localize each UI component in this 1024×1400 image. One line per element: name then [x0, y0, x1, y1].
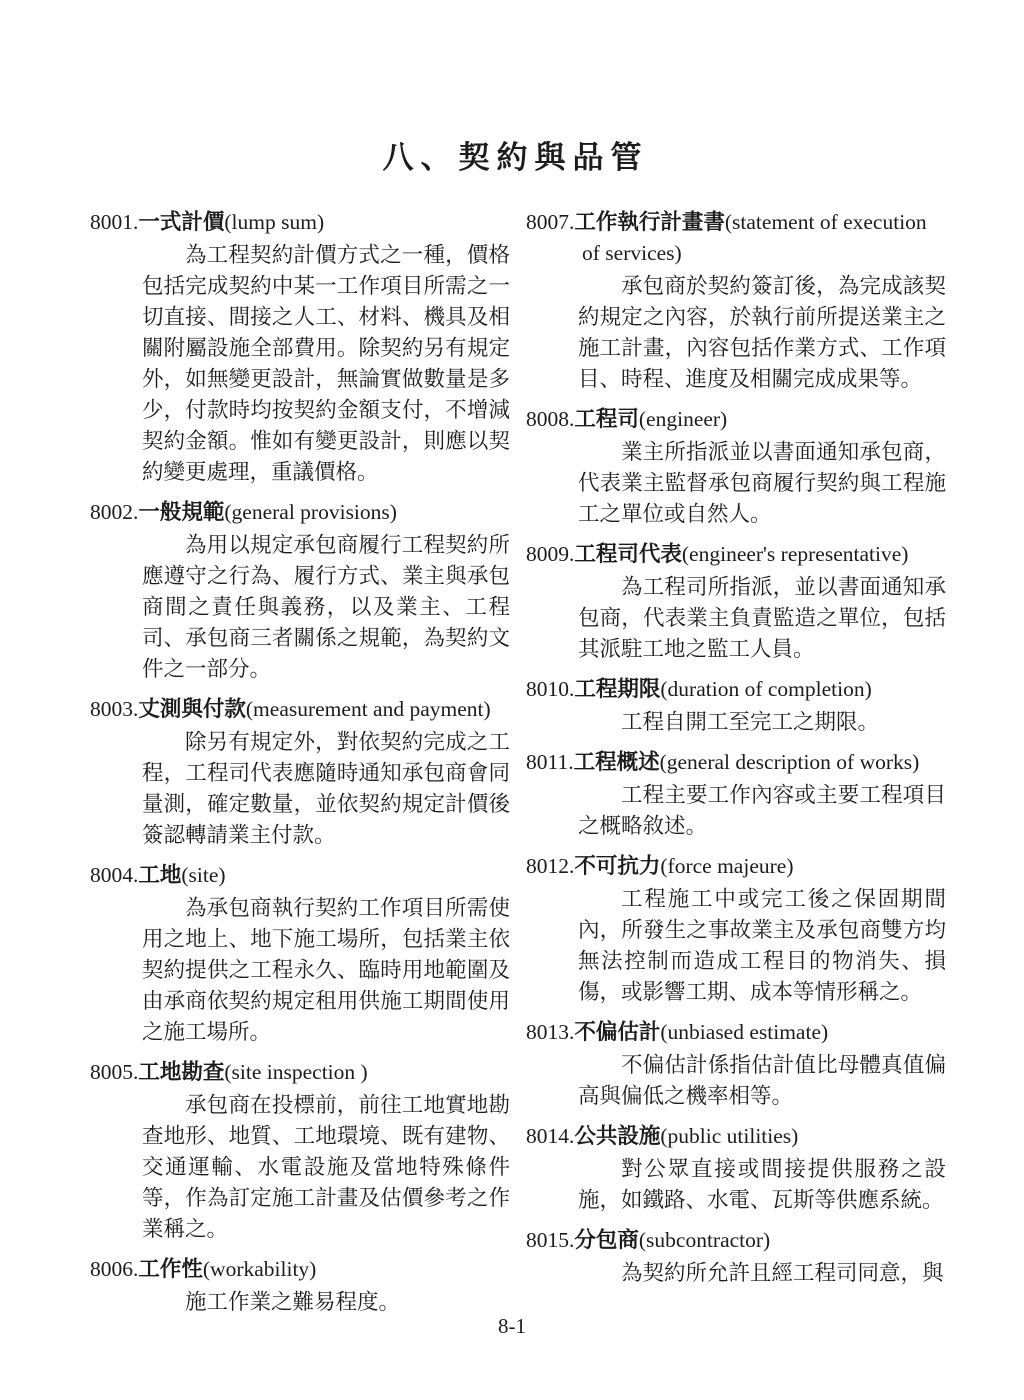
entry-number: 8010.	[526, 677, 574, 701]
entry-definition: 不偏估計係指估計值比母體真值偏高與偏低之機率相等。	[578, 1050, 946, 1112]
entry-heading: 8014.公共設施(public utilities)	[526, 1121, 946, 1152]
entry-heading: 8003.丈測與付款(measurement and payment)	[90, 694, 510, 725]
glossary-entry: 8010.工程期限(duration of completion) 工程自開工至…	[526, 674, 946, 738]
entry-heading: 8015.分包商(subcontractor)	[526, 1225, 946, 1256]
entry-english-term: (unbiased estimate)	[660, 1020, 828, 1044]
entry-english-term: (lump sum)	[224, 210, 324, 234]
entry-heading: 8010.工程期限(duration of completion)	[526, 674, 946, 705]
entry-number: 8003.	[90, 697, 138, 721]
entry-heading: 8013.不偏估計(unbiased estimate)	[526, 1017, 946, 1048]
entry-heading: 8006.工作性(workability)	[90, 1254, 510, 1285]
entry-definition: 為工程司所指派，並以書面通知承包商，代表業主負責監造之單位，包括其派駐工地之監工…	[578, 572, 946, 665]
entry-heading: 8008.工程司(engineer)	[526, 404, 946, 435]
entry-english-term: (public utilities)	[660, 1124, 798, 1148]
entry-english-term: (duration of completion)	[660, 677, 871, 701]
entry-term: 不偏估計	[574, 1020, 660, 1044]
entry-heading: 8001.一式計價(lump sum)	[90, 207, 510, 238]
entry-number: 8007.	[526, 210, 574, 234]
glossary-entry: 8004.工地(site) 為承包商執行契約工作項目所需使用之地上、地下施工場所…	[90, 860, 510, 1048]
entry-english-term: (measurement and payment)	[246, 697, 491, 721]
glossary-entry: 8003.丈測與付款(measurement and payment) 除另有規…	[90, 694, 510, 851]
entry-heading: 8004.工地(site)	[90, 860, 510, 891]
glossary-entry: 8009.工程司代表(engineer's representative) 為工…	[526, 539, 946, 665]
entry-term: 工地勘查	[138, 1060, 224, 1084]
two-column-layout: 8001.一式計價(lump sum) 為工程契約計價方式之一種，價格包括完成契…	[0, 177, 1024, 1327]
left-column: 8001.一式計價(lump sum) 為工程契約計價方式之一種，價格包括完成契…	[90, 207, 510, 1327]
entry-english-term: (engineer)	[639, 407, 727, 431]
entry-term: 一式計價	[138, 210, 224, 234]
entry-heading: 8002.一般規範(general provisions)	[90, 497, 510, 528]
entry-number: 8014.	[526, 1124, 574, 1148]
entry-term: 工程概述	[574, 750, 660, 774]
entry-term: 丈測與付款	[138, 697, 246, 721]
glossary-entry: 8008.工程司(engineer) 業主所指派並以書面通知承包商，代表業主監督…	[526, 404, 946, 530]
entry-number: 8013.	[526, 1020, 574, 1044]
glossary-entry: 8015.分包商(subcontractor) 為契約所允許且經工程司同意，與	[526, 1225, 946, 1289]
entry-english-term: (engineer's representative)	[682, 542, 909, 566]
glossary-entry: 8006.工作性(workability) 施工作業之難易程度。	[90, 1254, 510, 1318]
entry-number: 8011.	[526, 750, 574, 774]
entry-number: 8001.	[90, 210, 138, 234]
entry-english-term: (force majeure)	[660, 854, 793, 878]
entry-definition: 為工程契約計價方式之一種，價格包括完成契約中某一工作項目所需之一切直接、間接之人…	[142, 240, 510, 488]
entry-heading: 8011.工程概述(general description of works)	[526, 747, 946, 778]
entry-definition: 工程主要工作內容或主要工程項目之概略敘述。	[578, 780, 946, 842]
entry-definition: 為契約所允許且經工程司同意，與	[578, 1258, 946, 1289]
entry-definition: 除另有規定外，對依契約完成之工程，工程司代表應隨時通知承包商會同量測，確定數量，…	[142, 727, 510, 851]
page-number: 8-1	[0, 1314, 1024, 1339]
entry-number: 8006.	[90, 1257, 138, 1281]
entry-english-term: (site)	[181, 863, 225, 887]
entry-definition: 工程自開工至完工之期限。	[578, 707, 946, 738]
entry-heading: 8005.工地勘查(site inspection )	[90, 1057, 510, 1088]
entry-english-term: (subcontractor)	[639, 1228, 770, 1252]
entry-term: 工程期限	[574, 677, 660, 701]
entry-english-term: (general description of works)	[660, 750, 920, 774]
glossary-entry: 8001.一式計價(lump sum) 為工程契約計價方式之一種，價格包括完成契…	[90, 207, 510, 488]
entry-heading: 8012.不可抗力(force majeure)	[526, 851, 946, 882]
glossary-entry: 8011.工程概述(general description of works) …	[526, 747, 946, 842]
entry-english-term: (site inspection )	[224, 1060, 367, 1084]
glossary-entry: 8005.工地勘查(site inspection ) 承包商在投標前，前往工地…	[90, 1057, 510, 1245]
entry-number: 8009.	[526, 542, 574, 566]
entry-number: 8005.	[90, 1060, 138, 1084]
document-page: 八、契約與品管 8001.一式計價(lump sum) 為工程契約計價方式之一種…	[0, 0, 1024, 1400]
glossary-entry: 8013.不偏估計(unbiased estimate) 不偏估計係指估計值比母…	[526, 1017, 946, 1112]
entry-english-term: (general provisions)	[224, 500, 397, 524]
entry-heading: 8009.工程司代表(engineer's representative)	[526, 539, 946, 570]
entry-term: 工作執行計畫書	[574, 210, 725, 234]
entry-english-term: (workability)	[203, 1257, 316, 1281]
entry-heading: 8007.工作執行計畫書(statement of execution of s…	[526, 207, 946, 269]
right-column: 8007.工作執行計畫書(statement of execution of s…	[526, 207, 946, 1298]
entry-definition: 為用以規定承包商履行工程契約所應遵守之行為、履行方式、業主與承包商間之責任與義務…	[142, 530, 510, 685]
entry-definition: 業主所指派並以書面通知承包商，代表業主監督承包商履行契約與工程施工之單位或自然人…	[578, 437, 946, 530]
glossary-entry: 8014.公共設施(public utilities) 對公眾直接或間接提供服務…	[526, 1121, 946, 1216]
entry-number: 8004.	[90, 863, 138, 887]
entry-number: 8008.	[526, 407, 574, 431]
glossary-entry: 8007.工作執行計畫書(statement of execution of s…	[526, 207, 946, 395]
entry-term: 不可抗力	[574, 854, 660, 878]
entry-definition: 承包商於契約簽訂後，為完成該契約規定之內容，於執行前所提送業主之施工計畫，內容包…	[578, 271, 946, 395]
entry-term: 工地	[138, 863, 181, 887]
entry-definition: 承包商在投標前，前往工地實地勘查地形、地質、工地環境、既有建物、交通運輸、水電設…	[142, 1090, 510, 1245]
entry-definition: 工程施工中或完工後之保固期間內，所發生之事故業主及承包商雙方均無法控制而造成工程…	[578, 884, 946, 1008]
entry-definition: 為承包商執行契約工作項目所需使用之地上、地下施工場所，包括業主依契約提供之工程永…	[142, 893, 510, 1048]
entry-number: 8012.	[526, 854, 574, 878]
entry-term: 一般規範	[138, 500, 224, 524]
entry-term: 分包商	[574, 1228, 639, 1252]
entry-definition: 對公眾直接或間接提供服務之設施，如鐵路、水電、瓦斯等供應系統。	[578, 1154, 946, 1216]
entry-term: 公共設施	[574, 1124, 660, 1148]
entry-number: 8002.	[90, 500, 138, 524]
glossary-entry: 8012.不可抗力(force majeure) 工程施工中或完工後之保固期間內…	[526, 851, 946, 1008]
entry-term: 工程司	[574, 407, 639, 431]
page-title: 八、契約與品管	[0, 0, 1024, 177]
entry-number: 8015.	[526, 1228, 574, 1252]
glossary-entry: 8002.一般規範(general provisions) 為用以規定承包商履行…	[90, 497, 510, 685]
entry-term: 工程司代表	[574, 542, 682, 566]
entry-term: 工作性	[138, 1257, 203, 1281]
